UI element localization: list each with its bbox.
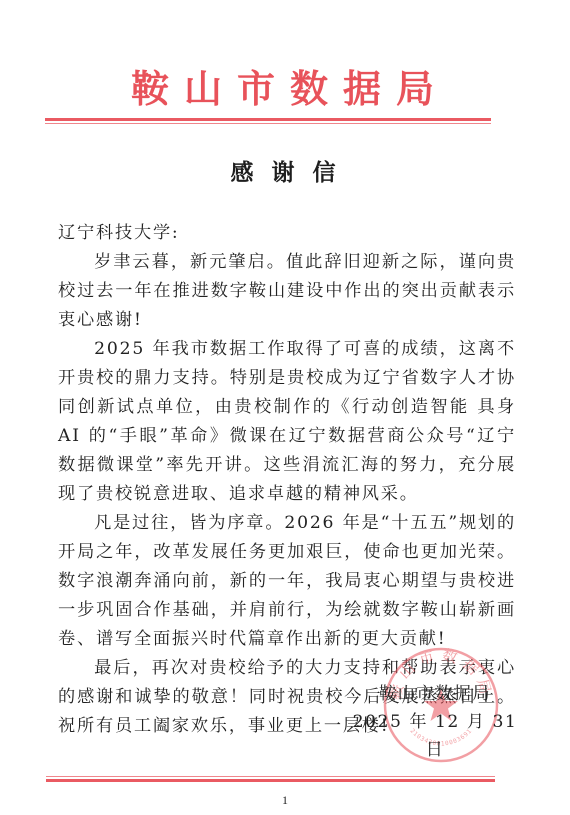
letterhead-title: 鞍山市数据局 [0,66,570,112]
letterhead-rule-thin [45,123,491,124]
footer-rule-thin [46,776,495,777]
salutation: 辽宁科技大学: [58,219,516,248]
letter-page: 鞍山市数据局 感谢信 辽宁科技大学: 岁聿云暮，新元肇启。值此辞旧迎新之际，谨向… [0,0,570,815]
page-number: 1 [0,793,570,808]
paragraph-1: 岁聿云暮，新元肇启。值此辞旧迎新之际，谨向贵校过去一年在推进数字鞍山建设中作出的… [58,248,516,335]
document-title: 感谢信 [0,158,570,188]
signature-organization: 鞍山市数据局 [350,680,520,708]
signature-block: 鞍山市数据局 2025 年 12 月 31 日 [350,680,520,764]
paragraph-3: 凡是过往，皆为序章。2026 年是“十五五”规划的开局之年，改革发展任务更加艰巨… [58,509,516,654]
letterhead-rule-thick [45,118,491,121]
paragraph-2: 2025 年我市数据工作取得了可喜的成绩，这离不开贵校的鼎力支持。特别是贵校成为… [58,335,516,509]
signature-date: 2025 年 12 月 31 日 [350,708,520,764]
footer-rule-thick [46,779,495,782]
